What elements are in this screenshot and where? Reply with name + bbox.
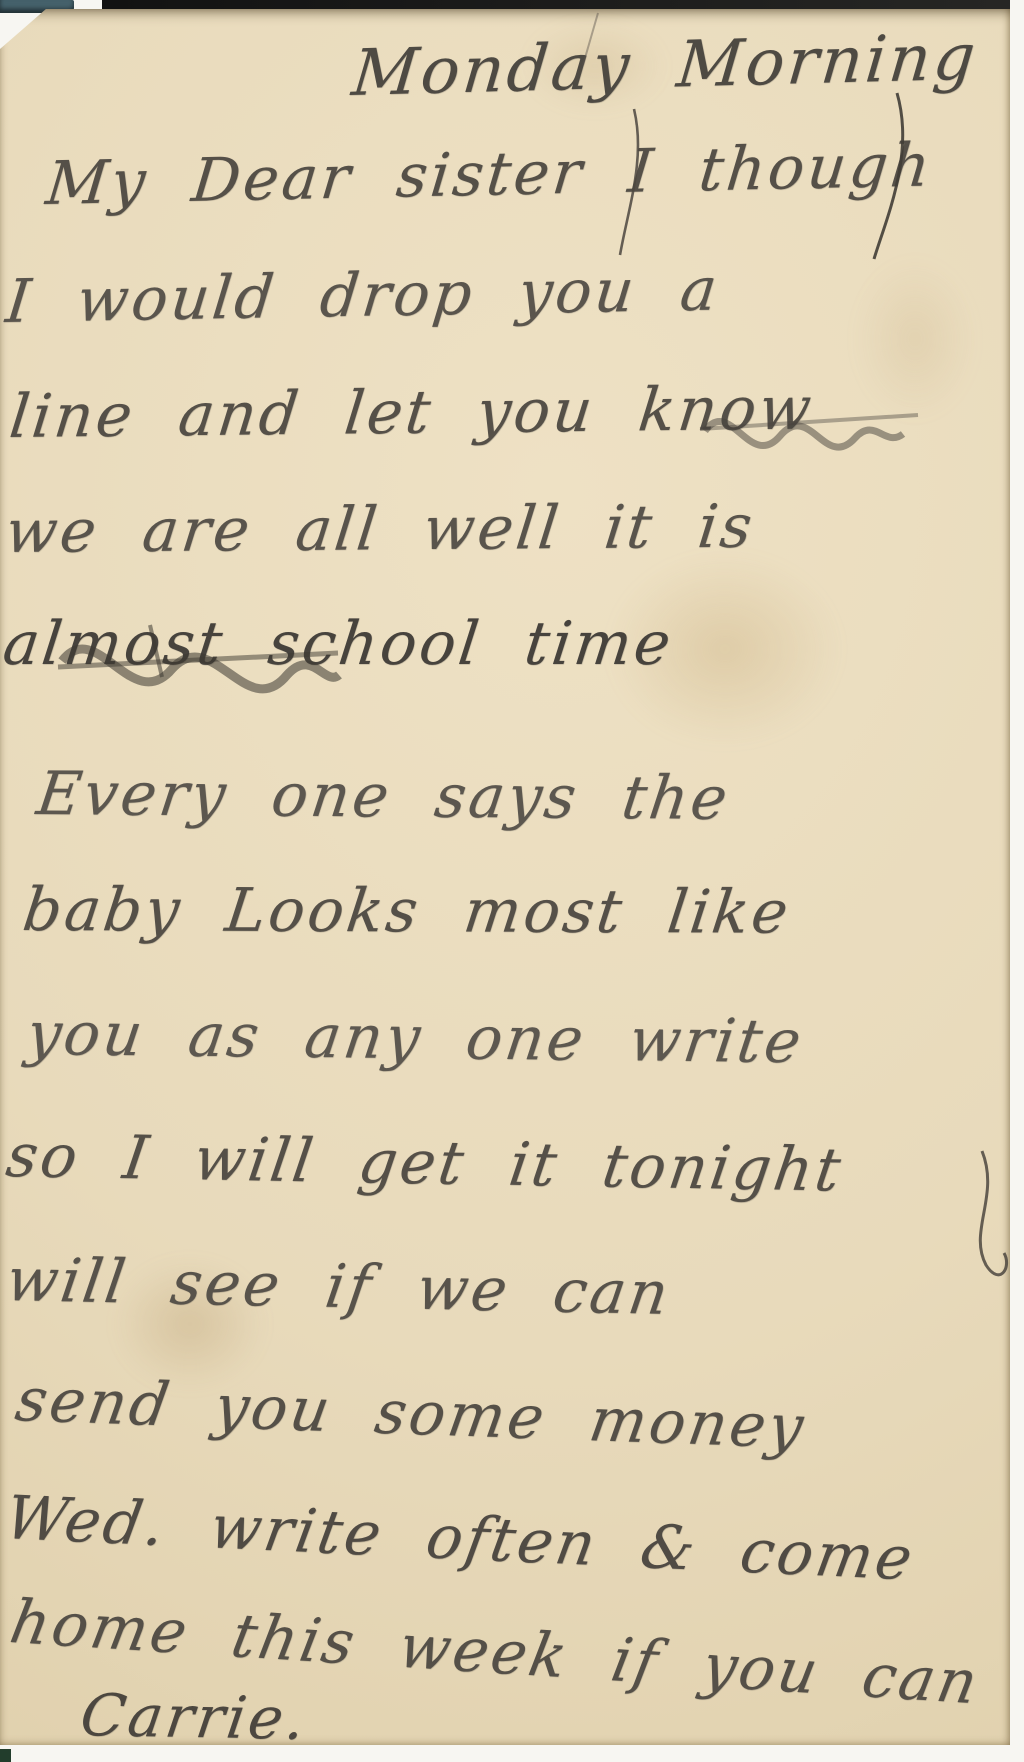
letter-line: send you some money	[11, 1365, 811, 1463]
corner-tab	[0, 1749, 11, 1762]
letter-line: baby Looks most like	[19, 875, 795, 948]
scanned-letter: Monday Morning My Dear sister I though I…	[0, 0, 1024, 1762]
letter-line: we are all well it is	[2, 492, 759, 567]
letter-line: I would drop you a	[3, 255, 724, 337]
paper-stain	[855, 259, 975, 419]
letter-line: will see if we can	[2, 1245, 676, 1329]
letter-line: so I will get it tonight	[2, 1121, 847, 1206]
letter-line: you as any one write	[23, 999, 808, 1077]
letter-line: Wed. write often & come	[0, 1483, 920, 1594]
letter-signature: Carrie.	[76, 1681, 312, 1753]
letter-line: My Dear sister I though	[43, 130, 936, 218]
letter-line: almost school time	[0, 609, 677, 679]
letter-paper: Monday Morning My Dear sister I though I…	[0, 9, 1010, 1745]
letter-dateline: Monday Morning	[349, 21, 981, 111]
letter-line: line and let you know	[6, 374, 817, 452]
letter-line: Every one says the	[33, 759, 734, 834]
